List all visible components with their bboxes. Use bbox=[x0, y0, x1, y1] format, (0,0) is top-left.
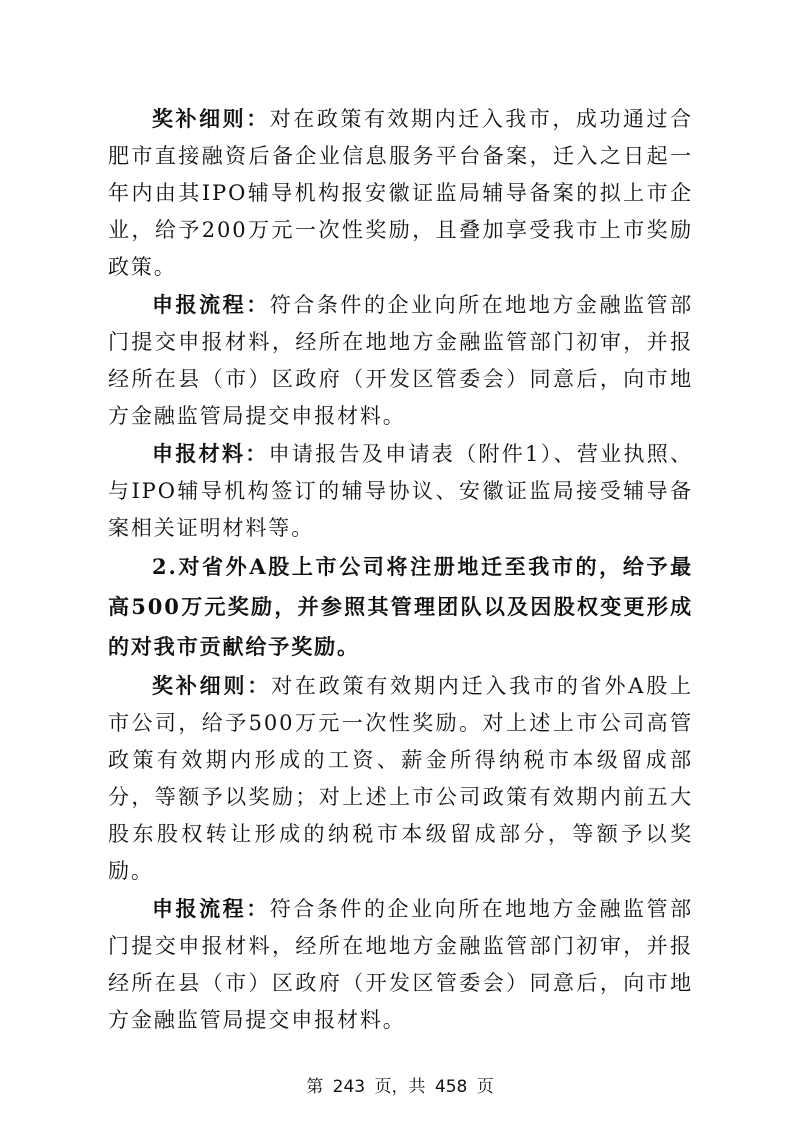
paragraph-application-process-1: 申报流程：符合条件的企业向所在地地方金融监管部门提交申报材料，经所在地地方金融监… bbox=[108, 286, 693, 435]
paragraph-label: 奖补细则： bbox=[152, 673, 271, 698]
paragraph-reward-details-2: 奖补细则：对在政策有效期内迁入我市的省外A股上市公司，给予500万元一次性奖励。… bbox=[108, 667, 693, 890]
paragraph-application-process-2: 申报流程：符合条件的企业向所在地地方金融监管部门提交申报材料，经所在地地方金融监… bbox=[108, 890, 693, 1039]
paragraph-label: 申报材料： bbox=[152, 441, 269, 466]
paragraph-text: 对在政策有效期内迁入我市，成功通过合肥市直接融资后备企业信息服务平台备案，迁入之… bbox=[108, 107, 693, 279]
paragraph-application-materials: 申报材料：申请报告及申请表（附件1）、营业执照、与IPO辅导机构签订的辅导协议、… bbox=[108, 435, 693, 547]
section-heading-2: 2.对省外A股上市公司将注册地迁至我市的，给予最高500万元奖励，并参照其管理团… bbox=[108, 547, 693, 667]
paragraph-text: 对在政策有效期内迁入我市的省外A股上市公司，给予500万元一次性奖励。对上述上市… bbox=[108, 674, 693, 883]
page-footer: 第 243 页，共 458 页 bbox=[0, 1072, 800, 1097]
document-page: 奖补细则：对在政策有效期内迁入我市，成功通过合肥市直接融资后备企业信息服务平台备… bbox=[108, 100, 693, 1039]
paragraph-label: 申报流程： bbox=[152, 292, 270, 317]
paragraph-reward-details-1: 奖补细则：对在政策有效期内迁入我市，成功通过合肥市直接融资后备企业信息服务平台备… bbox=[108, 100, 693, 286]
paragraph-label: 奖补细则： bbox=[152, 106, 270, 131]
paragraph-label: 申报流程： bbox=[152, 896, 270, 921]
